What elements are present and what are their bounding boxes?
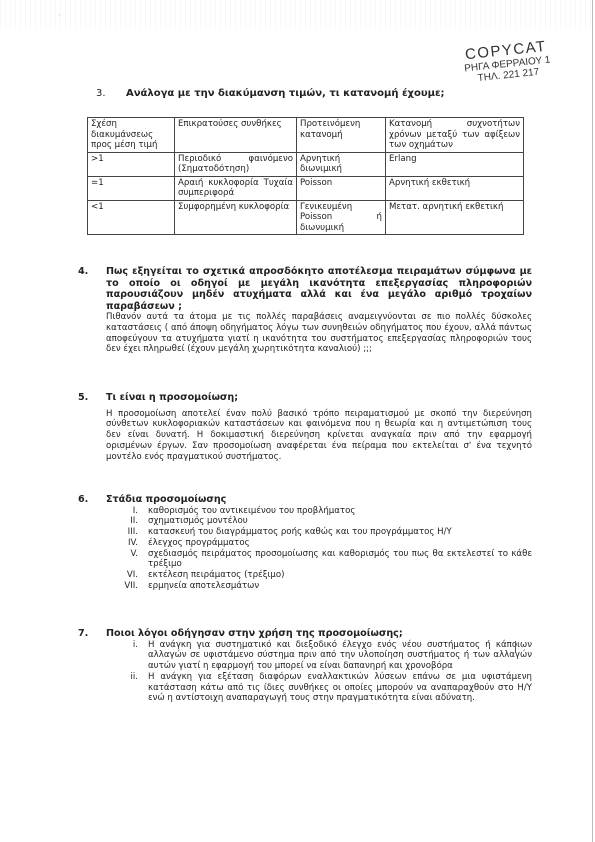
table-header: Σχέση διακυμάνσεως προς μέση τιμή <box>88 118 175 153</box>
scan-noise <box>0 0 595 30</box>
section-5-heading: 5. Τι είναι η προσομοίωση; <box>92 392 532 404</box>
item-text: ερμηνεία αποτελεσμάτων <box>148 581 532 592</box>
item-number: III. <box>106 527 148 538</box>
table-row: <1 Συμφορημένη κυκλοφορία Γενικευμένη Po… <box>88 200 524 235</box>
section-title: Τι είναι η προσομοίωση; <box>106 392 532 404</box>
list-item: I.καθορισμός του αντικειμένου του προβλή… <box>106 506 532 517</box>
item-number: VI. <box>106 570 148 581</box>
item-number: IV. <box>106 538 148 549</box>
table-header: Κατανομή συχνοτήτων χρόνων μεταξύ των αφ… <box>386 118 524 153</box>
table-header-row: Σχέση διακυμάνσεως προς μέση τιμή Επικρα… <box>88 118 524 153</box>
copycat-stamp: COPYCAT ΡΗΓΑ ΦΕΡΡΑΙΟΥ 1 ΤΗΛ. 221 217 <box>430 34 583 88</box>
simulation-stages-list: I.καθορισμός του αντικειμένου του προβλή… <box>106 506 532 592</box>
table-cell: Συμφορημένη κυκλοφορία <box>175 200 297 235</box>
section-number: 6. <box>78 494 88 506</box>
table-cell: Αρνητική διωνιμική <box>297 152 386 176</box>
section-7: 7. Ποιοι λόγοι οδήγησαν στην χρήση της π… <box>92 628 532 704</box>
item-text: Η ανάγκη για εξέταση διαφόρων εναλλακτικ… <box>148 672 532 704</box>
list-item: IV.έλεγχος προγράμματος <box>106 538 532 549</box>
section-number: 4. <box>78 266 88 278</box>
list-item: i.Η ανάγκη για συστηματικό και διεξοδικό… <box>106 640 532 672</box>
section-4-heading: 4. Πως εξηγείται το σχετικά απροσδόκητο … <box>92 266 532 312</box>
item-text: καθορισμός του αντικειμένου του προβλήμα… <box>148 506 532 517</box>
item-number: i. <box>106 640 148 672</box>
list-item: VI.εκτέλεση πειράματος (τρέξιμο) <box>106 570 532 581</box>
list-item: II.σχηματισμός μοντέλου <box>106 516 532 527</box>
section-3-heading: 3.Ανάλογα με την διακύμανση τιμών, τι κα… <box>96 88 445 99</box>
item-number: V. <box>106 549 148 571</box>
table-cell: >1 <box>88 152 175 176</box>
simulation-reasons-list: i.Η ανάγκη για συστηματικό και διεξοδικό… <box>106 640 532 705</box>
table-cell: Αραιή κυκλοφορία Τυχαία συμπεριφορά <box>175 176 297 200</box>
item-text: Η ανάγκη για συστηματικό και διεξοδικό έ… <box>148 640 532 672</box>
section-number: 5. <box>78 392 88 404</box>
item-text: σχεδιασμός πειράματος προσομοίωσης και κ… <box>148 549 532 571</box>
table-cell: Περιοδικό φαινόμενο (Σηματοδότηση) <box>175 152 297 176</box>
item-number: I. <box>106 506 148 517</box>
section-6-heading: 6. Στάδια προσομοίωσης <box>92 494 532 506</box>
page-edge <box>592 0 593 842</box>
section-title: Ποιοι λόγοι οδήγησαν στην χρήση της προσ… <box>106 628 532 640</box>
table-cell: =1 <box>88 176 175 200</box>
section-number: 7. <box>78 628 88 640</box>
table-cell: Γενικευμένη Poisson ή διωνυμική <box>297 200 386 235</box>
section-5-body: Η προσομοίωση αποτελεί έναν πολύ βασικό … <box>106 409 532 463</box>
table-header: Προτεινόμενη κατανομή <box>297 118 386 153</box>
table-cell: <1 <box>88 200 175 235</box>
item-text: έλεγχος προγράμματος <box>148 538 532 549</box>
list-item: III.κατασκευή του διαγράμματος ροής καθώ… <box>106 527 532 538</box>
distribution-table: Σχέση διακυμάνσεως προς μέση τιμή Επικρα… <box>87 117 524 235</box>
list-item: ii.Η ανάγκη για εξέταση διαφόρων εναλλακ… <box>106 672 532 704</box>
item-text: σχηματισμός μοντέλου <box>148 516 532 527</box>
item-text: εκτέλεση πειράματος (τρέξιμο) <box>148 570 532 581</box>
table-row: =1 Αραιή κυκλοφορία Τυχαία συμπεριφορά P… <box>88 176 524 200</box>
item-number: ii. <box>106 672 148 704</box>
section-title: Πως εξηγείται το σχετικά απροσδόκητο απο… <box>106 266 532 312</box>
section-title: Στάδια προσομοίωσης <box>106 494 532 506</box>
table-cell: Erlang <box>386 152 524 176</box>
item-number: VII. <box>106 581 148 592</box>
scan-mark <box>515 641 516 653</box>
table-cell: Μετατ. αρνητική εκθετική <box>386 200 524 235</box>
section-title: Ανάλογα με την διακύμανση τιμών, τι κατα… <box>126 88 445 99</box>
list-item: V.σχεδιασμός πειράματος προσομοίωσης και… <box>106 549 532 571</box>
list-item: VII.ερμηνεία αποτελεσμάτων <box>106 581 532 592</box>
section-number: 3. <box>96 88 126 99</box>
table-cell: Αρνητική εκθετική <box>386 176 524 200</box>
section-4: 4. Πως εξηγείται το σχετικά απροσδόκητο … <box>92 266 532 355</box>
item-text: κατασκευή του διαγράμματος ροής καθώς κα… <box>148 527 532 538</box>
section-7-heading: 7. Ποιοι λόγοι οδήγησαν στην χρήση της π… <box>92 628 532 640</box>
table-header: Επικρατούσες συνθήκες <box>175 118 297 153</box>
section-5: 5. Τι είναι η προσομοίωση; Η προσομοίωση… <box>92 392 532 462</box>
item-number: II. <box>106 516 148 527</box>
table-row: >1 Περιοδικό φαινόμενο (Σηματοδότηση) Αρ… <box>88 152 524 176</box>
section-6: 6. Στάδια προσομοίωσης I.καθορισμός του … <box>92 494 532 592</box>
section-4-body: Πιθανόν αυτά τα άτομα με τις πολλές παρα… <box>106 312 532 355</box>
table-cell: Poisson <box>297 176 386 200</box>
